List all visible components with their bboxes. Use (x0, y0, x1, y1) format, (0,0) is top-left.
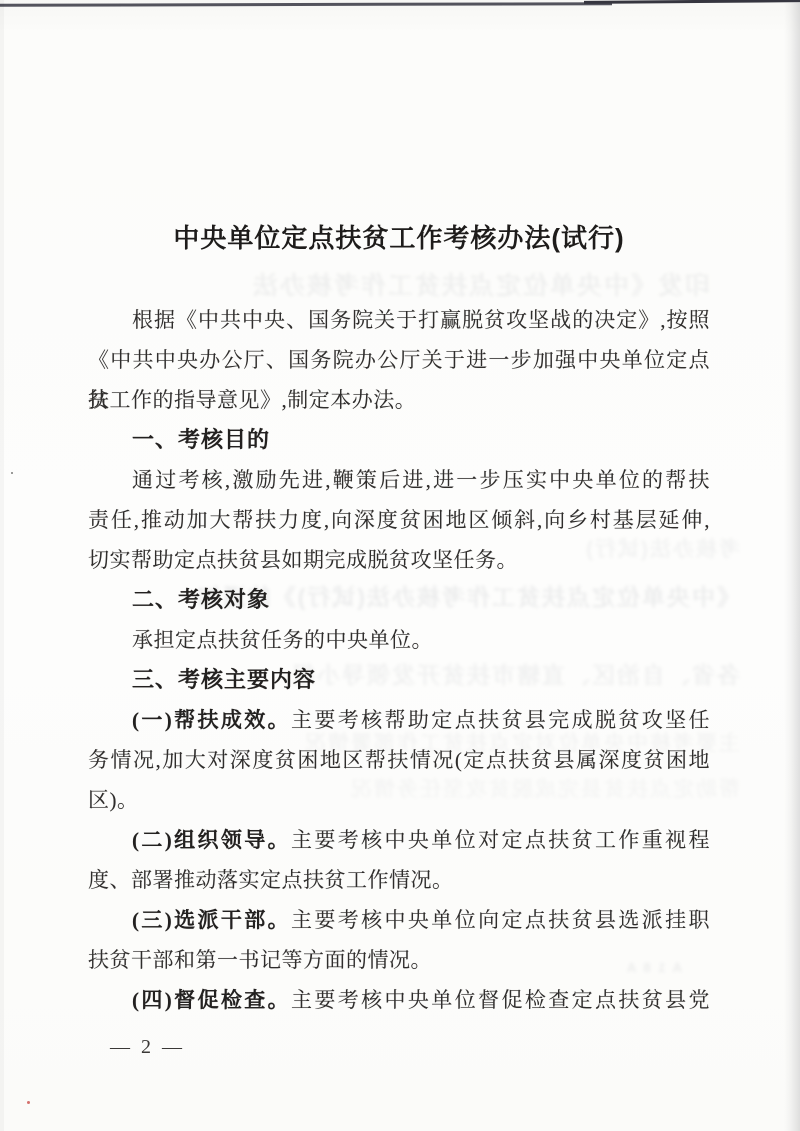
text-line: 贫工作的指导意见》,制定本办法。 (88, 380, 710, 420)
text-line: (一)帮扶成效。主要考核帮助定点扶贫县完成脱贫攻坚任 (88, 700, 710, 740)
page-title: 中央单位定点扶贫工作考核办法(试行) (88, 216, 710, 260)
section-heading-2: 二、考核对象 (88, 580, 710, 620)
text-line: 度、部署推动落实定点扶贫工作情况。 (88, 860, 710, 900)
scanned-document-page: 印发《中央单位定点扶贫工作考核办法 考核办法(试行) 《中央单位定点扶贫工作考核… (0, 0, 800, 1131)
run-in-heading: (一)帮扶成效。 (132, 708, 291, 732)
section-heading-3: 三、考核主要内容 (88, 660, 710, 700)
text-line: 务情况,加大对深度贫困地区帮扶情况(定点扶贫县属深度贫困地 (88, 740, 710, 780)
text-line: (二)组织领导。主要考核中央单位对定点扶贫工作重视程 (88, 820, 710, 860)
scan-speck (27, 1101, 30, 1104)
text-line: 区)。 (88, 780, 710, 820)
paper-edge-shadow (0, 0, 4, 1131)
text-line: (四)督促检查。主要考核中央单位督促检查定点扶贫县党 (88, 980, 710, 1020)
run-in-heading: (四)督促检查。 (132, 988, 291, 1012)
line-text: 主要考核帮助定点扶贫县完成脱贫攻坚任 (291, 708, 710, 732)
text-line: 承担定点扶贫任务的中央单位。 (88, 620, 710, 660)
line-text: 主要考核中央单位向定点扶贫县选派挂职 (291, 908, 710, 932)
text-line: 责任,推动加大帮扶力度,向深度贫困地区倾斜,向乡村基层延伸, (88, 500, 710, 540)
spacer (88, 260, 710, 300)
text-line: 通过考核,激励先进,鞭策后进,进一步压实中央单位的帮扶 (88, 460, 710, 500)
page-number: — 2 — (88, 1027, 710, 1067)
run-in-heading: (二)组织领导。 (132, 828, 291, 852)
text-line: 根据《中共中央、国务院关于打赢脱贫攻坚战的决定》,按照 (88, 300, 710, 340)
section-heading-1: 一、考核目的 (88, 420, 710, 460)
text-line: 扶贫干部和第一书记等方面的情况。 (88, 940, 710, 980)
text-line: 《中共中央办公厅、国务院办公厅关于进一步加强中央单位定点扶 (88, 340, 710, 380)
text-line: 切实帮助定点扶贫县如期完成脱贫攻坚任务。 (88, 540, 710, 580)
line-text: 主要考核中央单位对定点扶贫工作重视程 (291, 828, 710, 852)
document-body: 中央单位定点扶贫工作考核办法(试行) 根据《中共中央、国务院关于打赢脱贫攻坚战的… (88, 0, 710, 1067)
run-in-heading: (三)选派干部。 (132, 908, 291, 932)
scan-speck (11, 472, 13, 474)
paper-edge-shadow (784, 0, 800, 1131)
text-line: (三)选派干部。主要考核中央单位向定点扶贫县选派挂职 (88, 900, 710, 940)
line-text: 主要考核中央单位督促检查定点扶贫县党 (291, 988, 710, 1012)
